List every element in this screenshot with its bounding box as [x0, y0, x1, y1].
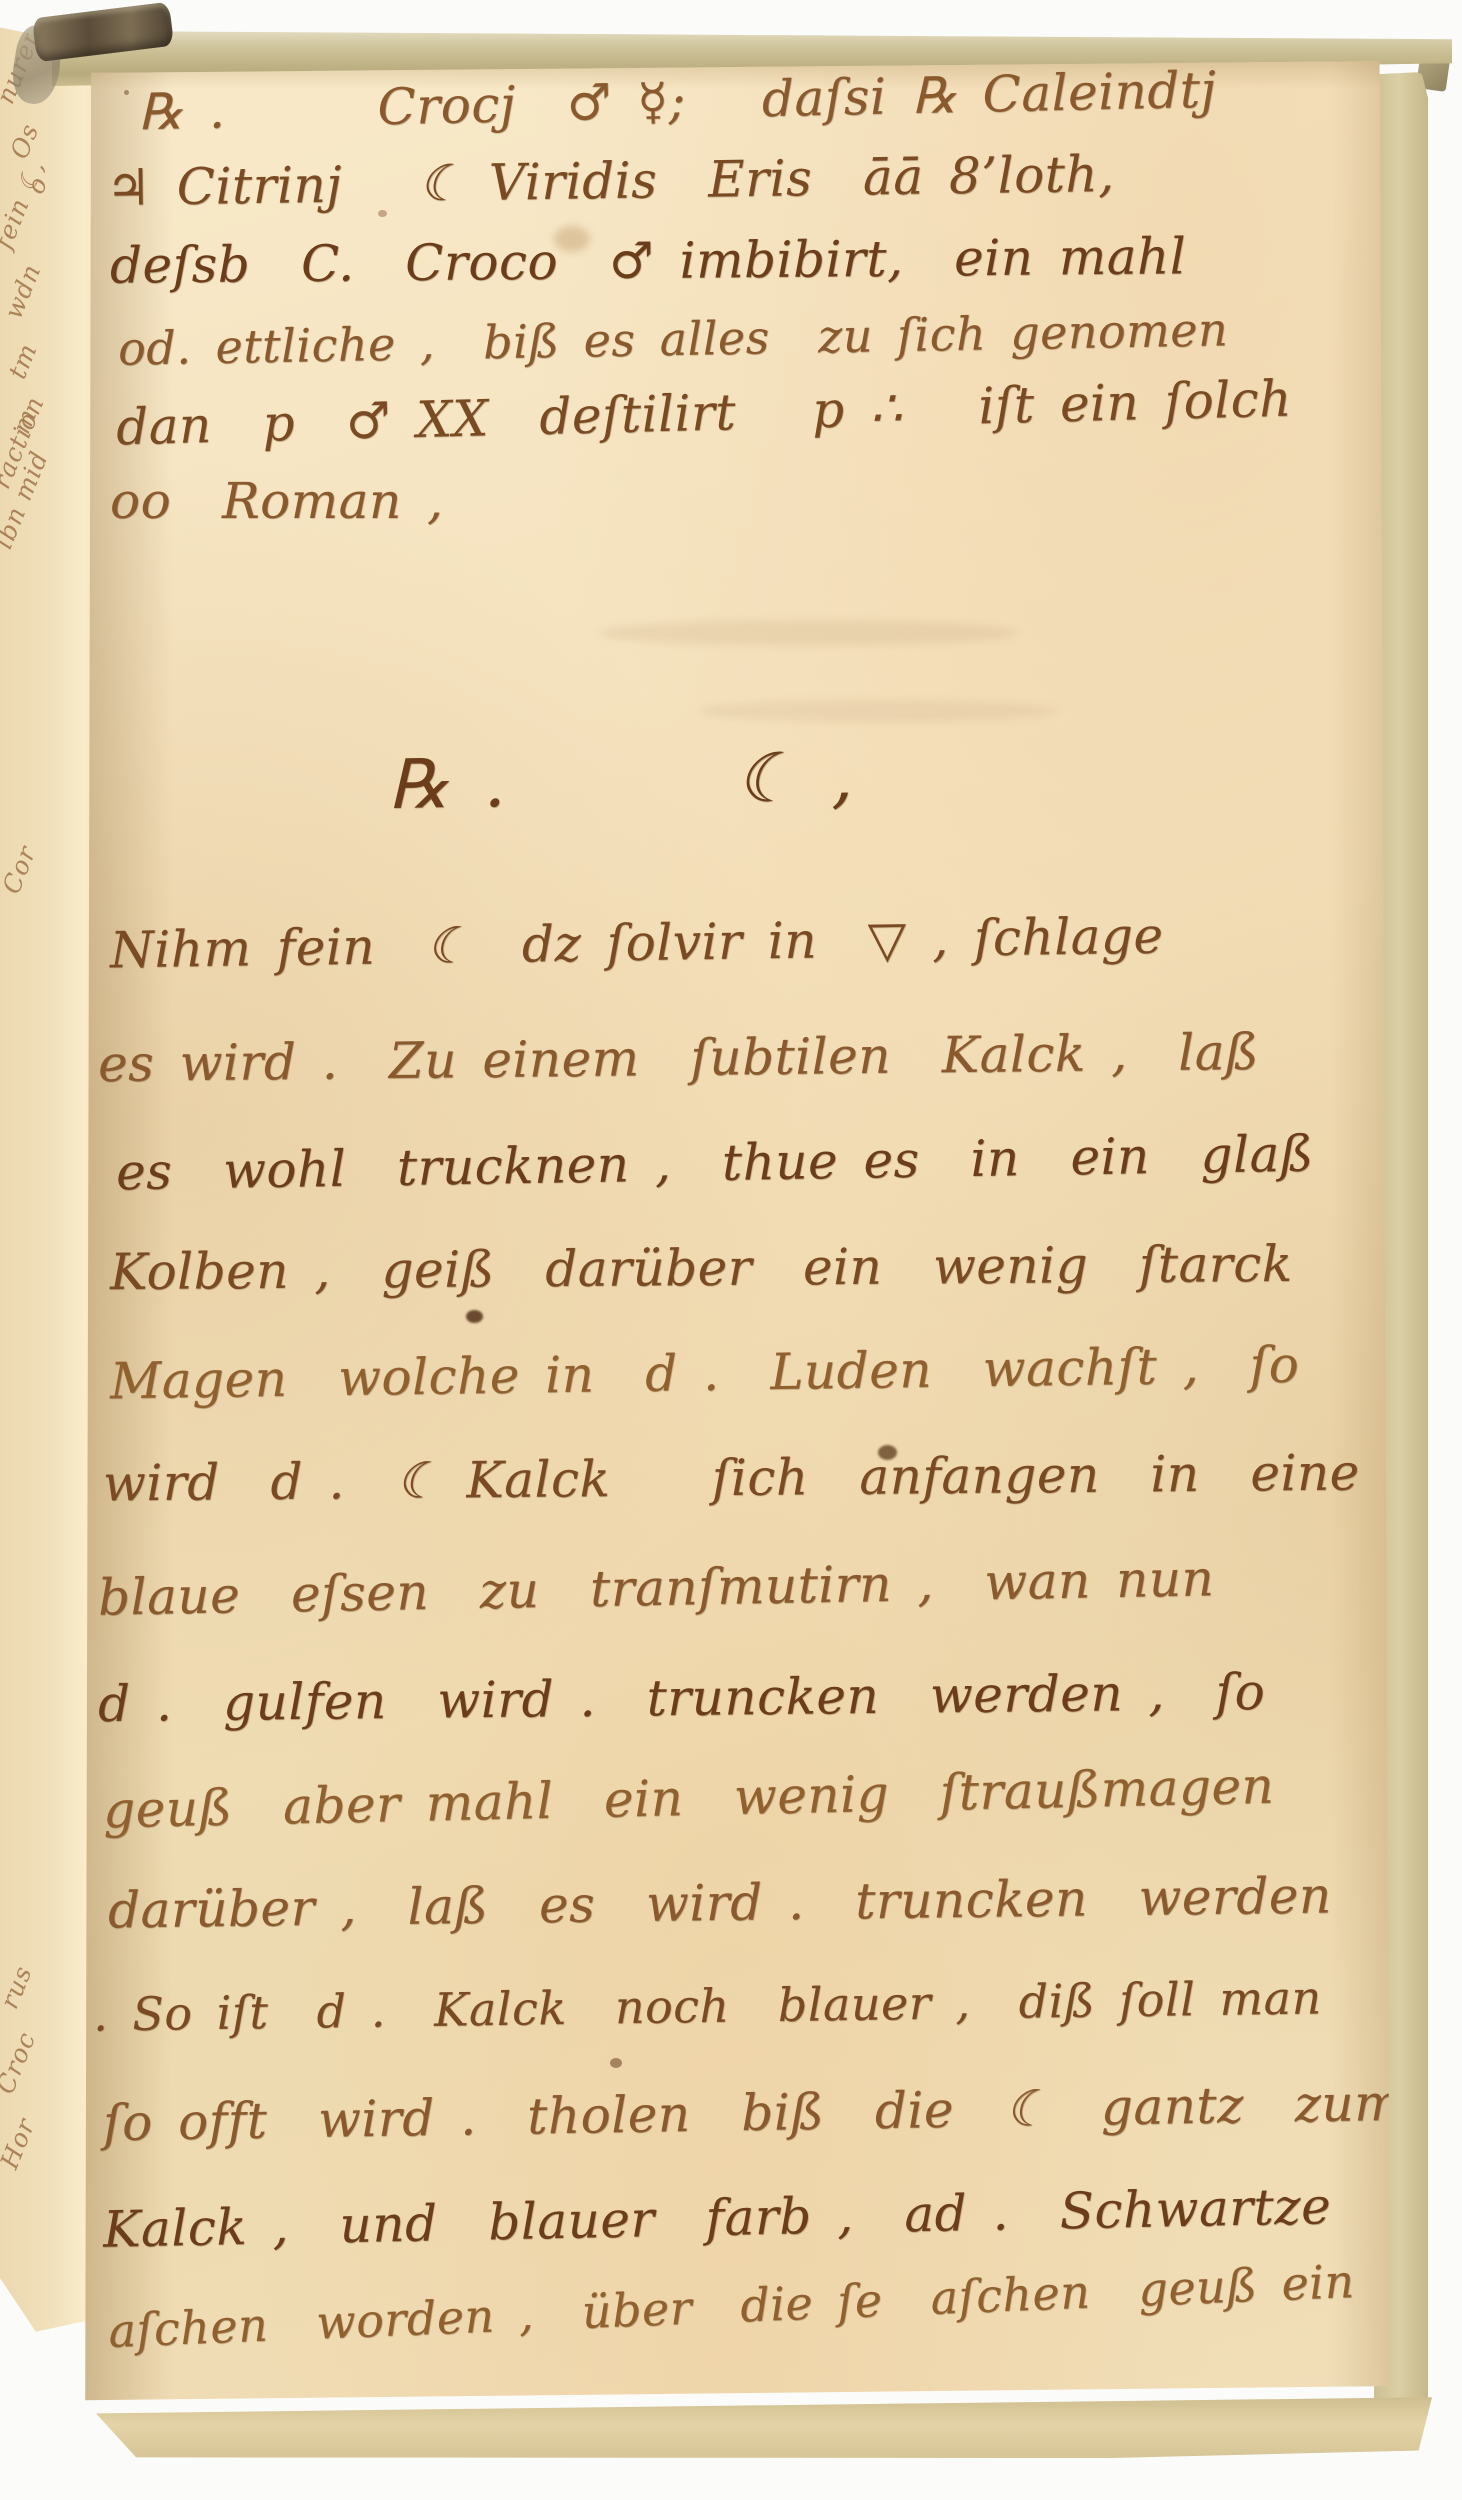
- manuscript-page: ℞ . Crocj ♂ ☿; daſsi ℞ Caleindtj ♃ Citri…: [78, 60, 1390, 2412]
- margin-text-fragment: Hor: [0, 2114, 41, 2173]
- margin-text-fragment: rus: [0, 1961, 38, 2013]
- margin-text-fragment: fein ☾,: [0, 155, 50, 253]
- manuscript-line: Kalck , und blauer farb , ad . Schwartze: [103, 2181, 1332, 2255]
- manuscript-line: es wohl trucknen , thue es in ein glaß: [116, 1129, 1314, 1198]
- ink-stain: [610, 2058, 622, 2068]
- ink-stain: [878, 1445, 897, 1460]
- photo-background: nuren Os o fein ☾, wdn tm m raction lbn …: [0, 0, 1462, 2500]
- fore-edge-shading: [1330, 60, 1390, 2412]
- recipe-heading: ℞ . ☾ ,: [387, 744, 855, 820]
- manuscript-line: Magen wolche in d . Luden wachſt , ſo: [110, 1340, 1300, 1407]
- ink-stain: [378, 210, 387, 217]
- manuscript-line: oo Roman ,: [110, 476, 443, 526]
- manuscript-line: Nihm fein ☾ dz ſolvir in ▽ , ſchlage: [110, 911, 1164, 976]
- show-through-smudge: [598, 620, 1018, 646]
- manuscript-line: blaue eſsen zu tranſmutirn , wan nun: [98, 1553, 1215, 1622]
- margin-text-fragment: Croc: [0, 2028, 41, 2098]
- manuscript-line: ♃ Citrinj ☾ Viridis Eris āā 8’loth,: [106, 149, 1115, 213]
- ink-stain: [124, 90, 129, 95]
- margin-text-fragment: tm: [3, 339, 43, 383]
- manuscript-line: ſo offt wird . tholen biß die ☾ gantz zu…: [103, 2078, 1390, 2148]
- ink-stain: [466, 1310, 483, 1323]
- show-through-smudge: [698, 700, 1058, 722]
- margin-text-fragment: wdn: [0, 260, 47, 323]
- manuscript-line: d . gulfen wird . truncken werden , ſo: [98, 1667, 1266, 1729]
- manuscript-line: dan p ♂ XX deſtilirt p ∴ iſt ein ſolch: [116, 374, 1293, 453]
- manuscript-line: od. ettliche , biß es alles zu ſich geno…: [118, 306, 1229, 371]
- manuscript-line: aſchen worden , über die ſe aſchen geuß …: [108, 2258, 1356, 2354]
- manuscript-line: geuß aber mahl ein wenig ſtraußmagen: [103, 1761, 1275, 1836]
- manuscript-line: es wird . Zu einem ſubtilen Kalck , laß: [98, 1027, 1259, 1089]
- manuscript-line: darüber , laß es wird . truncken werden: [108, 1871, 1332, 1936]
- book-bottom-edge: [96, 2396, 1432, 2458]
- manuscript-line: wird d . ☾ Kalck ſich anfangen in eine: [103, 1448, 1360, 1509]
- manuscript-line: Kolben , geiß darüber ein wenig ſtarck: [110, 1239, 1293, 1297]
- manuscript-line: . So iſt d . Kalck noch blauer , diß ſol…: [93, 1974, 1322, 2037]
- paper-stain: [554, 226, 590, 252]
- manuscript-line: deſsb C. Croco ♂ imbibirt, ein mahl: [110, 231, 1187, 290]
- margin-text-fragment: Cor: [0, 842, 42, 898]
